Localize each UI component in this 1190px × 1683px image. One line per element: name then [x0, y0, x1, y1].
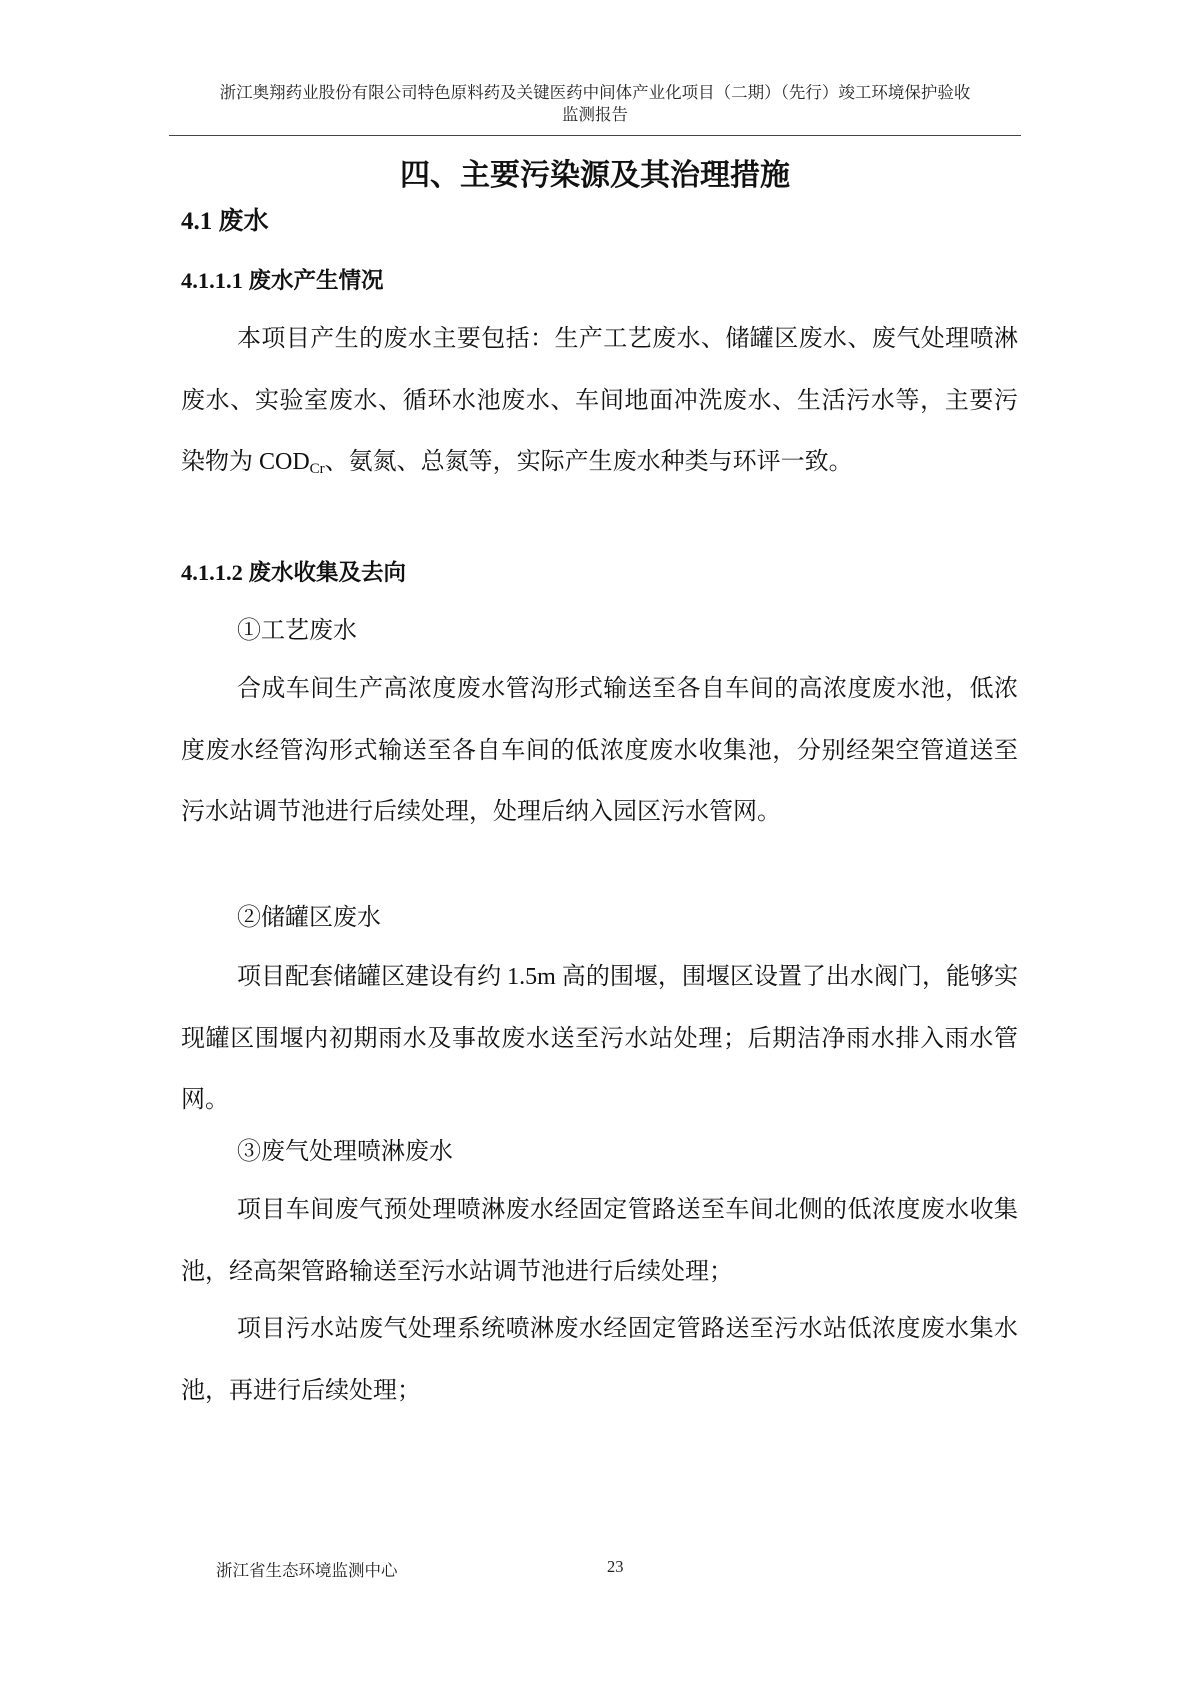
paragraph-tank-area-wastewater: 项目配套储罐区建设有约 1.5m 高的围堰，围堰区设置了出水阀门，能够实现罐区围…	[181, 947, 1018, 1132]
paragraph-scrubber-wastewater-workshop: 项目车间废气预处理喷淋废水经固定管路送至车间北侧的低浓度废水收集池，经高架管路输…	[181, 1180, 1018, 1303]
header-title-line2: 监测报告	[169, 104, 1021, 126]
page-header: 浙江奥翔药业股份有限公司特色原料药及关键医药中间体产业化项目（二期）（先行）竣工…	[169, 82, 1021, 126]
subsection-heading-4-1-1-2: 4.1.1.2 废水收集及去向	[181, 557, 406, 589]
paragraph-text: 、氨氮、总氮等，实际产生废水种类与环评一致。	[325, 449, 853, 475]
paragraph-wastewater-generation: 本项目产生的废水主要包括：生产工艺废水、储罐区废水、废气处理喷淋废水、实验室废水…	[181, 309, 1018, 494]
page-number: 23	[607, 1557, 624, 1577]
item-title-process-wastewater: ①工艺废水	[237, 614, 357, 648]
paragraph-scrubber-wastewater-station: 项目污水站废气处理系统喷淋废水经固定管路送至污水站低浓度废水集水池，再进行后续处…	[181, 1299, 1018, 1422]
section-heading-4-1: 4.1 废水	[181, 205, 269, 239]
paragraph-process-wastewater: 合成车间生产高浓度废水管沟形式输送至各自车间的高浓度废水池，低浓度废水经管沟形式…	[181, 659, 1018, 844]
header-divider	[169, 135, 1021, 136]
footer-organization: 浙江省生态环境监测中心	[216, 1557, 398, 1581]
header-title-line1: 浙江奥翔药业股份有限公司特色原料药及关键医药中间体产业化项目（二期）（先行）竣工…	[169, 82, 1021, 104]
item-title-scrubber-wastewater: ③废气处理喷淋废水	[237, 1135, 453, 1169]
item-title-tank-area-wastewater: ②储罐区废水	[237, 901, 381, 935]
chapter-title: 四、主要污染源及其治理措施	[0, 156, 1190, 196]
subsection-heading-4-1-1-1: 4.1.1.1 废水产生情况	[181, 265, 384, 297]
subscript-cr: Cr	[310, 461, 325, 477]
